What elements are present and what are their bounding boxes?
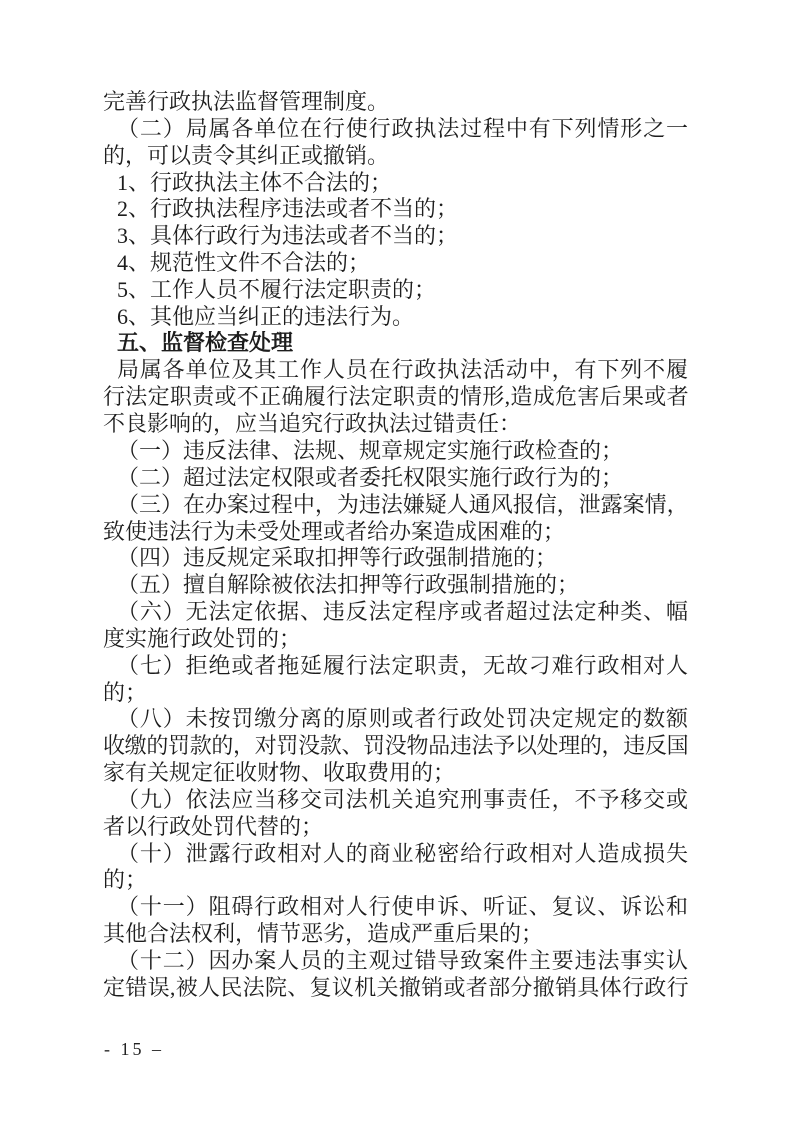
body-line: 致使违法行为未受处理或者给办案造成困难的；: [103, 519, 688, 546]
body-line: （五）擅自解除被依法扣押等行政强制措施的；: [103, 572, 688, 599]
body-line: 完善行政执法监督管理制度。: [103, 89, 688, 116]
body-line: （八）未按罚缴分离的原则或者行政处罚决定规定的数额: [103, 706, 688, 733]
body-line: 其他合法权利，情节恶劣，造成严重后果的；: [103, 921, 688, 948]
body-line: 度实施行政处罚的；: [103, 626, 688, 653]
list-item-line: 5、工作人员不履行法定职责的；: [103, 277, 688, 304]
list-item-line: 1、行政执法主体不合法的；: [103, 170, 688, 197]
list-item-line: 6、其他应当纠正的违法行为。: [103, 304, 688, 331]
body-line: 的；: [103, 680, 688, 707]
body-line: 的；: [103, 867, 688, 894]
body-line: （十）泄露行政相对人的商业秘密给行政相对人造成损失: [103, 841, 688, 868]
body-line: （六）无法定依据、违反法定程序或者超过法定种类、幅: [103, 599, 688, 626]
section-heading: 五、监督检查处理: [103, 331, 688, 358]
body-line: （十一）阻碍行政相对人行使申诉、听证、复议、诉讼和: [103, 894, 688, 921]
document-body: 完善行政执法监督管理制度。 （二）局属各单位在行使行政执法过程中有下列情形之一 …: [103, 89, 688, 1002]
list-item-line: 3、具体行政行为违法或者不当的；: [103, 223, 688, 250]
body-line: 收缴的罚款的，对罚没款、罚没物品违法予以处理的，违反国: [103, 733, 688, 760]
body-line: （十二）因办案人员的主观过错导致案件主要违法事实认: [103, 948, 688, 975]
list-item-line: 2、行政执法程序违法或者不当的；: [103, 196, 688, 223]
body-line: （一）违反法律、法规、规章规定实施行政检查的；: [103, 438, 688, 465]
body-line: 者以行政处罚代替的；: [103, 814, 688, 841]
body-line: （三）在办案过程中，为违法嫌疑人通风报信，泄露案情，: [103, 492, 688, 519]
body-line: 不良影响的，应当追究行政执法过错责任：: [103, 411, 688, 438]
body-line: （九）依法应当移交司法机关追究刑事责任，不予移交或: [103, 787, 688, 814]
body-line: （四）违反规定采取扣押等行政强制措施的；: [103, 545, 688, 572]
document-page: 完善行政执法监督管理制度。 （二）局属各单位在行使行政执法过程中有下列情形之一 …: [0, 0, 793, 1122]
page-number: - 15 –: [104, 1039, 164, 1060]
body-line: 局属各单位及其工作人员在行政执法活动中，有下列不履: [103, 357, 688, 384]
body-line: （二）局属各单位在行使行政执法过程中有下列情形之一: [103, 116, 688, 143]
body-line: 行法定职责或不正确履行法定职责的情形,造成危害后果或者: [103, 384, 688, 411]
body-line: 定错误,被人民法院、复议机关撤销或者部分撤销具体行政行: [103, 975, 688, 1002]
body-line: （二）超过法定权限或者委托权限实施行政行为的；: [103, 465, 688, 492]
list-item-line: 4、规范性文件不合法的；: [103, 250, 688, 277]
body-line: 的，可以责令其纠正或撤销。: [103, 143, 688, 170]
body-line: （七）拒绝或者拖延履行法定职责，无故刁难行政相对人: [103, 653, 688, 680]
body-line: 家有关规定征收财物、收取费用的；: [103, 760, 688, 787]
